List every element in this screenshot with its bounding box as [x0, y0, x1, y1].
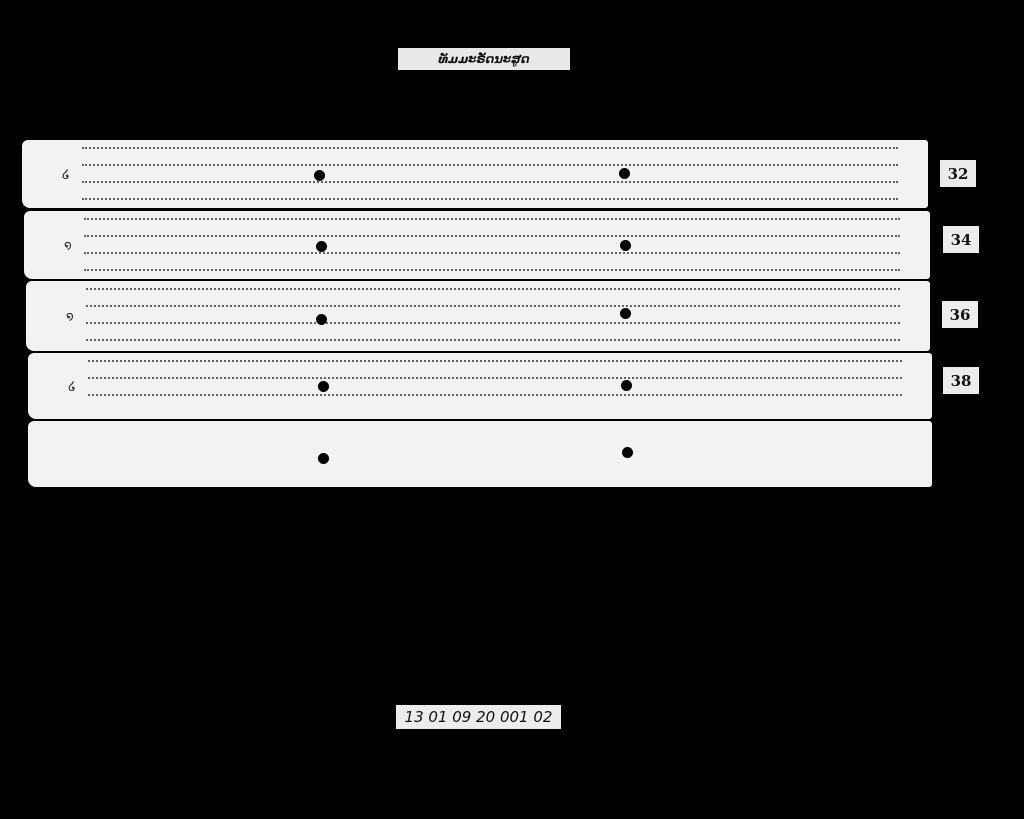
string-hole-right: [621, 380, 632, 391]
leaf-text-lines: [88, 359, 902, 413]
manuscript-title-label: ທັມມະຣັດນະສູດ: [398, 48, 570, 70]
palm-leaf-1: ໒: [22, 140, 928, 208]
leaf-text-lines: [84, 217, 900, 273]
page-number-label: 34: [943, 226, 979, 253]
string-hole-right: [622, 447, 633, 458]
palm-leaf-2: ໑: [24, 211, 930, 279]
palm-leaf-3: ໑: [26, 281, 930, 351]
palm-leaf-5-blank: [28, 421, 932, 487]
string-hole-left: [314, 170, 325, 181]
leaf-margin-mark: ໑: [64, 238, 72, 252]
leaf-text-lines: [82, 146, 898, 202]
leaf-text-lines: [86, 287, 900, 345]
page-number-label: 38: [943, 367, 979, 394]
leaf-margin-mark: ໒: [68, 379, 76, 393]
string-hole-left: [316, 241, 327, 252]
string-hole-right: [620, 240, 631, 251]
string-hole-left: [316, 314, 327, 325]
string-hole-left: [318, 453, 329, 464]
page-number-label: 36: [942, 301, 978, 328]
string-hole-right: [620, 308, 631, 319]
catalog-number-label: 13 01 09 20 001 02: [396, 705, 561, 729]
palm-leaf-4: ໒: [28, 353, 932, 419]
string-hole-right: [619, 168, 630, 179]
string-hole-left: [318, 381, 329, 392]
page-number-label: 32: [940, 160, 976, 187]
leaf-margin-mark: ໒: [62, 167, 70, 181]
leaf-margin-mark: ໑: [66, 309, 74, 323]
